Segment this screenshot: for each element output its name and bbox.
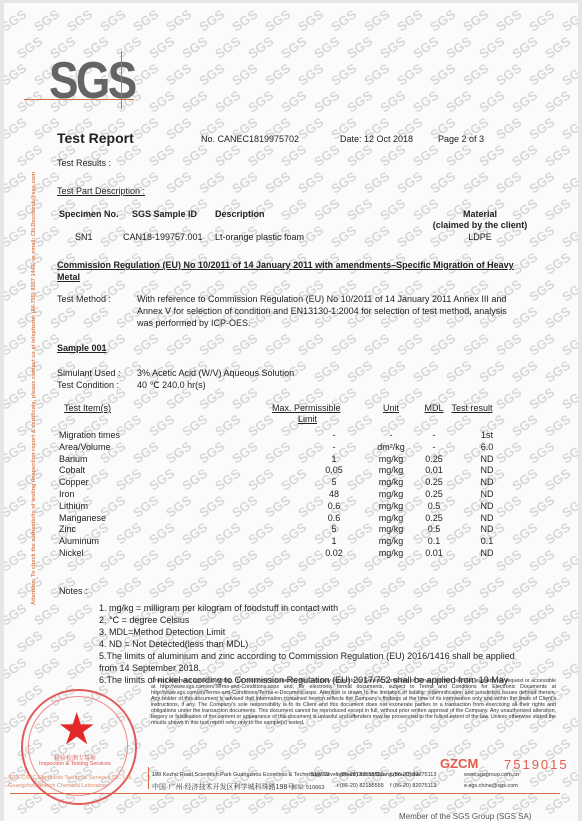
regulation-heading: Commission Regulation (EU) No 10/2011 of… (57, 260, 514, 270)
unit: mg/kg (366, 489, 416, 499)
max-limit: 5 (304, 524, 364, 534)
max-limit: 0.05 (304, 465, 364, 475)
max-limit: - (304, 430, 364, 440)
unit: dm²/kg (366, 442, 416, 452)
table-row: Lithium0.6mg/kg0.5ND (4, 501, 578, 513)
test-result: ND (462, 454, 512, 464)
simulant-value: 3% Acetic Acid (W/V) Aqueous Solution (137, 368, 294, 378)
test-item: Nickel (59, 548, 84, 558)
note-item: 2. °C = degree Celsius (99, 615, 189, 625)
report-date: Date: 12 Oct 2018 (340, 134, 413, 144)
note-item: 5.The limits of aluminium and zinc accor… (99, 651, 515, 661)
logo-rule-vertical (121, 51, 122, 109)
table-row: Migration times---1st (4, 430, 578, 442)
unit: - (366, 430, 416, 440)
table-row: Barium1mg/kg0.25ND (4, 454, 578, 466)
max-limit: 48 (304, 489, 364, 499)
test-method-line-2: Annex V for selection of condition and E… (137, 306, 507, 316)
header-result: Test result (442, 403, 502, 413)
max-limit: 5 (304, 477, 364, 487)
header-unit: Unit (366, 403, 416, 413)
test-item: Iron (59, 489, 75, 499)
postcode-cn: 邮编: 510663 (292, 783, 324, 791)
report-number: No. CANEC1819975702 (201, 134, 299, 144)
unit: mg/kg (366, 477, 416, 487)
mdl: 0.01 (414, 465, 454, 475)
member-line: Member of the SGS Group (SGS SA) (399, 812, 532, 821)
mdl: 0.5 (414, 501, 454, 511)
website-link[interactable]: www.sgsgroup.com.cn (464, 772, 519, 778)
table-row: Nickel0.02mg/kg0.01ND (4, 548, 578, 560)
note-item: 3. MDL=Method Detection Limit (99, 627, 225, 637)
test-method-line-3: was performed by ICP-OES. (137, 318, 251, 328)
max-limit: 1 (304, 454, 364, 464)
test-result: ND (462, 513, 512, 523)
notes-label: Notes : (59, 586, 88, 596)
test-result: ND (462, 465, 512, 475)
test-result: ND (462, 524, 512, 534)
report-title: Test Report (57, 130, 134, 146)
postcode-en: 510663 (311, 772, 329, 778)
simulant-label: Simulant Used : (57, 368, 121, 378)
mdl: - (414, 430, 454, 440)
legal-disclaimer: Unless otherwise agreed in writing, this… (151, 678, 556, 726)
max-limit: 1 (304, 536, 364, 546)
test-result: ND (462, 477, 512, 487)
sample-heading: Sample 001 (57, 343, 107, 353)
unit: mg/kg (366, 524, 416, 534)
serial-number: 7519015 (504, 757, 569, 772)
test-item: Aluminum (59, 536, 99, 546)
test-item: Migration times (59, 430, 120, 440)
specimen-header-id: SGS Sample ID (132, 209, 197, 219)
test-result: 0.1 (462, 536, 512, 546)
table-row: Zinc5mg/kg0.5ND (4, 524, 578, 536)
specimen-header-material: Material (430, 209, 530, 219)
mdl: 0.25 (414, 489, 454, 499)
test-item: Zinc (59, 524, 76, 534)
stamp-company: SGS-CSTC Standards Technical Services Co… (8, 775, 132, 781)
test-results-label: Test Results : (57, 158, 111, 168)
mdl: 0.1 (414, 536, 454, 546)
mdl: 0.25 (414, 454, 454, 464)
test-result: ND (462, 548, 512, 558)
report-page: SGSSGSSGSSGSSGSSGSSGSSGSSGSSGSSGSSGSSGSS… (4, 3, 578, 821)
fax-2: f (86-20) 82075113 (390, 783, 436, 789)
test-item: Area/Volume (59, 442, 111, 452)
stamp-text-en: Inspection & Testing Services (39, 761, 111, 767)
mdl: 0.25 (414, 513, 454, 523)
specimen-header-material-note: (claimed by the client) (430, 220, 530, 230)
test-result: ND (462, 489, 512, 499)
stamp-branch: Guangzhou Branch Chemical Laboratory (8, 783, 108, 789)
test-method-line-1: With reference to Commission Regulation … (137, 294, 506, 304)
specimen-header-no: Specimen No. (59, 209, 119, 219)
test-method-label: Test Method : (57, 294, 111, 304)
fax-1: f (86-20) 82075113 (390, 772, 436, 778)
sample-material: LDPE (430, 232, 530, 242)
table-row: Cobalt0.05mg/kg0.01ND (4, 465, 578, 477)
test-result: 6.0 (462, 442, 512, 452)
address-cn: 中国·广州·经济技术开发区科学城科珠路198号 (152, 782, 294, 792)
table-row: Manganese0.6mg/kg0.25ND (4, 513, 578, 525)
footer-divider-vertical (148, 767, 149, 789)
page-number: Page 2 of 3 (438, 134, 484, 144)
table-row: Iron48mg/kg0.25ND (4, 489, 578, 501)
header-limit: Max. Permissible (272, 403, 341, 413)
test-part-label: Test Part Description : (57, 186, 145, 196)
test-item: Cobalt (59, 465, 85, 475)
mdl: 0.25 (414, 477, 454, 487)
unit: mg/kg (366, 548, 416, 558)
regulation-heading-cont: Metal (57, 272, 80, 282)
note-item: from 14 September 2018. (99, 663, 201, 673)
mdl: 0.5 (414, 524, 454, 534)
table-row: Aluminum1mg/kg0.10.1 (4, 536, 578, 548)
star-icon: ★ (57, 708, 96, 752)
sample-description: Lt-orange plastic foam (215, 232, 304, 242)
tel-1: t (86-20) 82155555 (337, 772, 384, 778)
test-item: Copper (59, 477, 89, 487)
max-limit: 0.02 (304, 548, 364, 558)
max-limit: - (304, 442, 364, 452)
note-item: 4. ND = Not Detected(less than MDL) (99, 639, 248, 649)
unit: mg/kg (366, 513, 416, 523)
unit: mg/kg (366, 536, 416, 546)
table-row: Copper5mg/kg0.25ND (4, 477, 578, 489)
table-row: Area/Volume-dm²/kg-6.0 (4, 442, 578, 454)
unit: mg/kg (366, 501, 416, 511)
condition-value: 40 ℃ 240.0 hr(s) (137, 380, 206, 391)
condition-label: Test Condition : (57, 380, 119, 390)
email-link[interactable]: e sgs.china@sgs.com (464, 783, 518, 789)
specimen-header-description: Description (215, 209, 265, 219)
results-header-cont: Limit (4, 414, 578, 426)
gzcm-code: GZCM (440, 756, 478, 771)
tel-2: t (86-20) 82155555 (337, 783, 384, 789)
test-item: Barium (59, 454, 88, 464)
header-limit-cont: Limit (298, 414, 317, 424)
max-limit: 0.6 (304, 501, 364, 511)
mdl: 0.01 (414, 548, 454, 558)
unit: mg/kg (366, 465, 416, 475)
footer-rule (10, 793, 560, 794)
test-result: ND (462, 501, 512, 511)
test-item: Manganese (59, 513, 106, 523)
unit: mg/kg (366, 454, 416, 464)
logo-rule-horizontal (24, 99, 134, 100)
max-limit: 0.6 (304, 513, 364, 523)
test-item: Lithium (59, 501, 88, 511)
specimen-no: SN1 (75, 232, 93, 242)
header-test-item: Test Item(s) (64, 403, 111, 413)
sample-id: CAN18-199757.001 (123, 232, 203, 242)
test-result: 1st (462, 430, 512, 440)
note-item: 1. mg/kg = milligram per kilogram of foo… (99, 603, 338, 613)
mdl: - (414, 442, 454, 452)
